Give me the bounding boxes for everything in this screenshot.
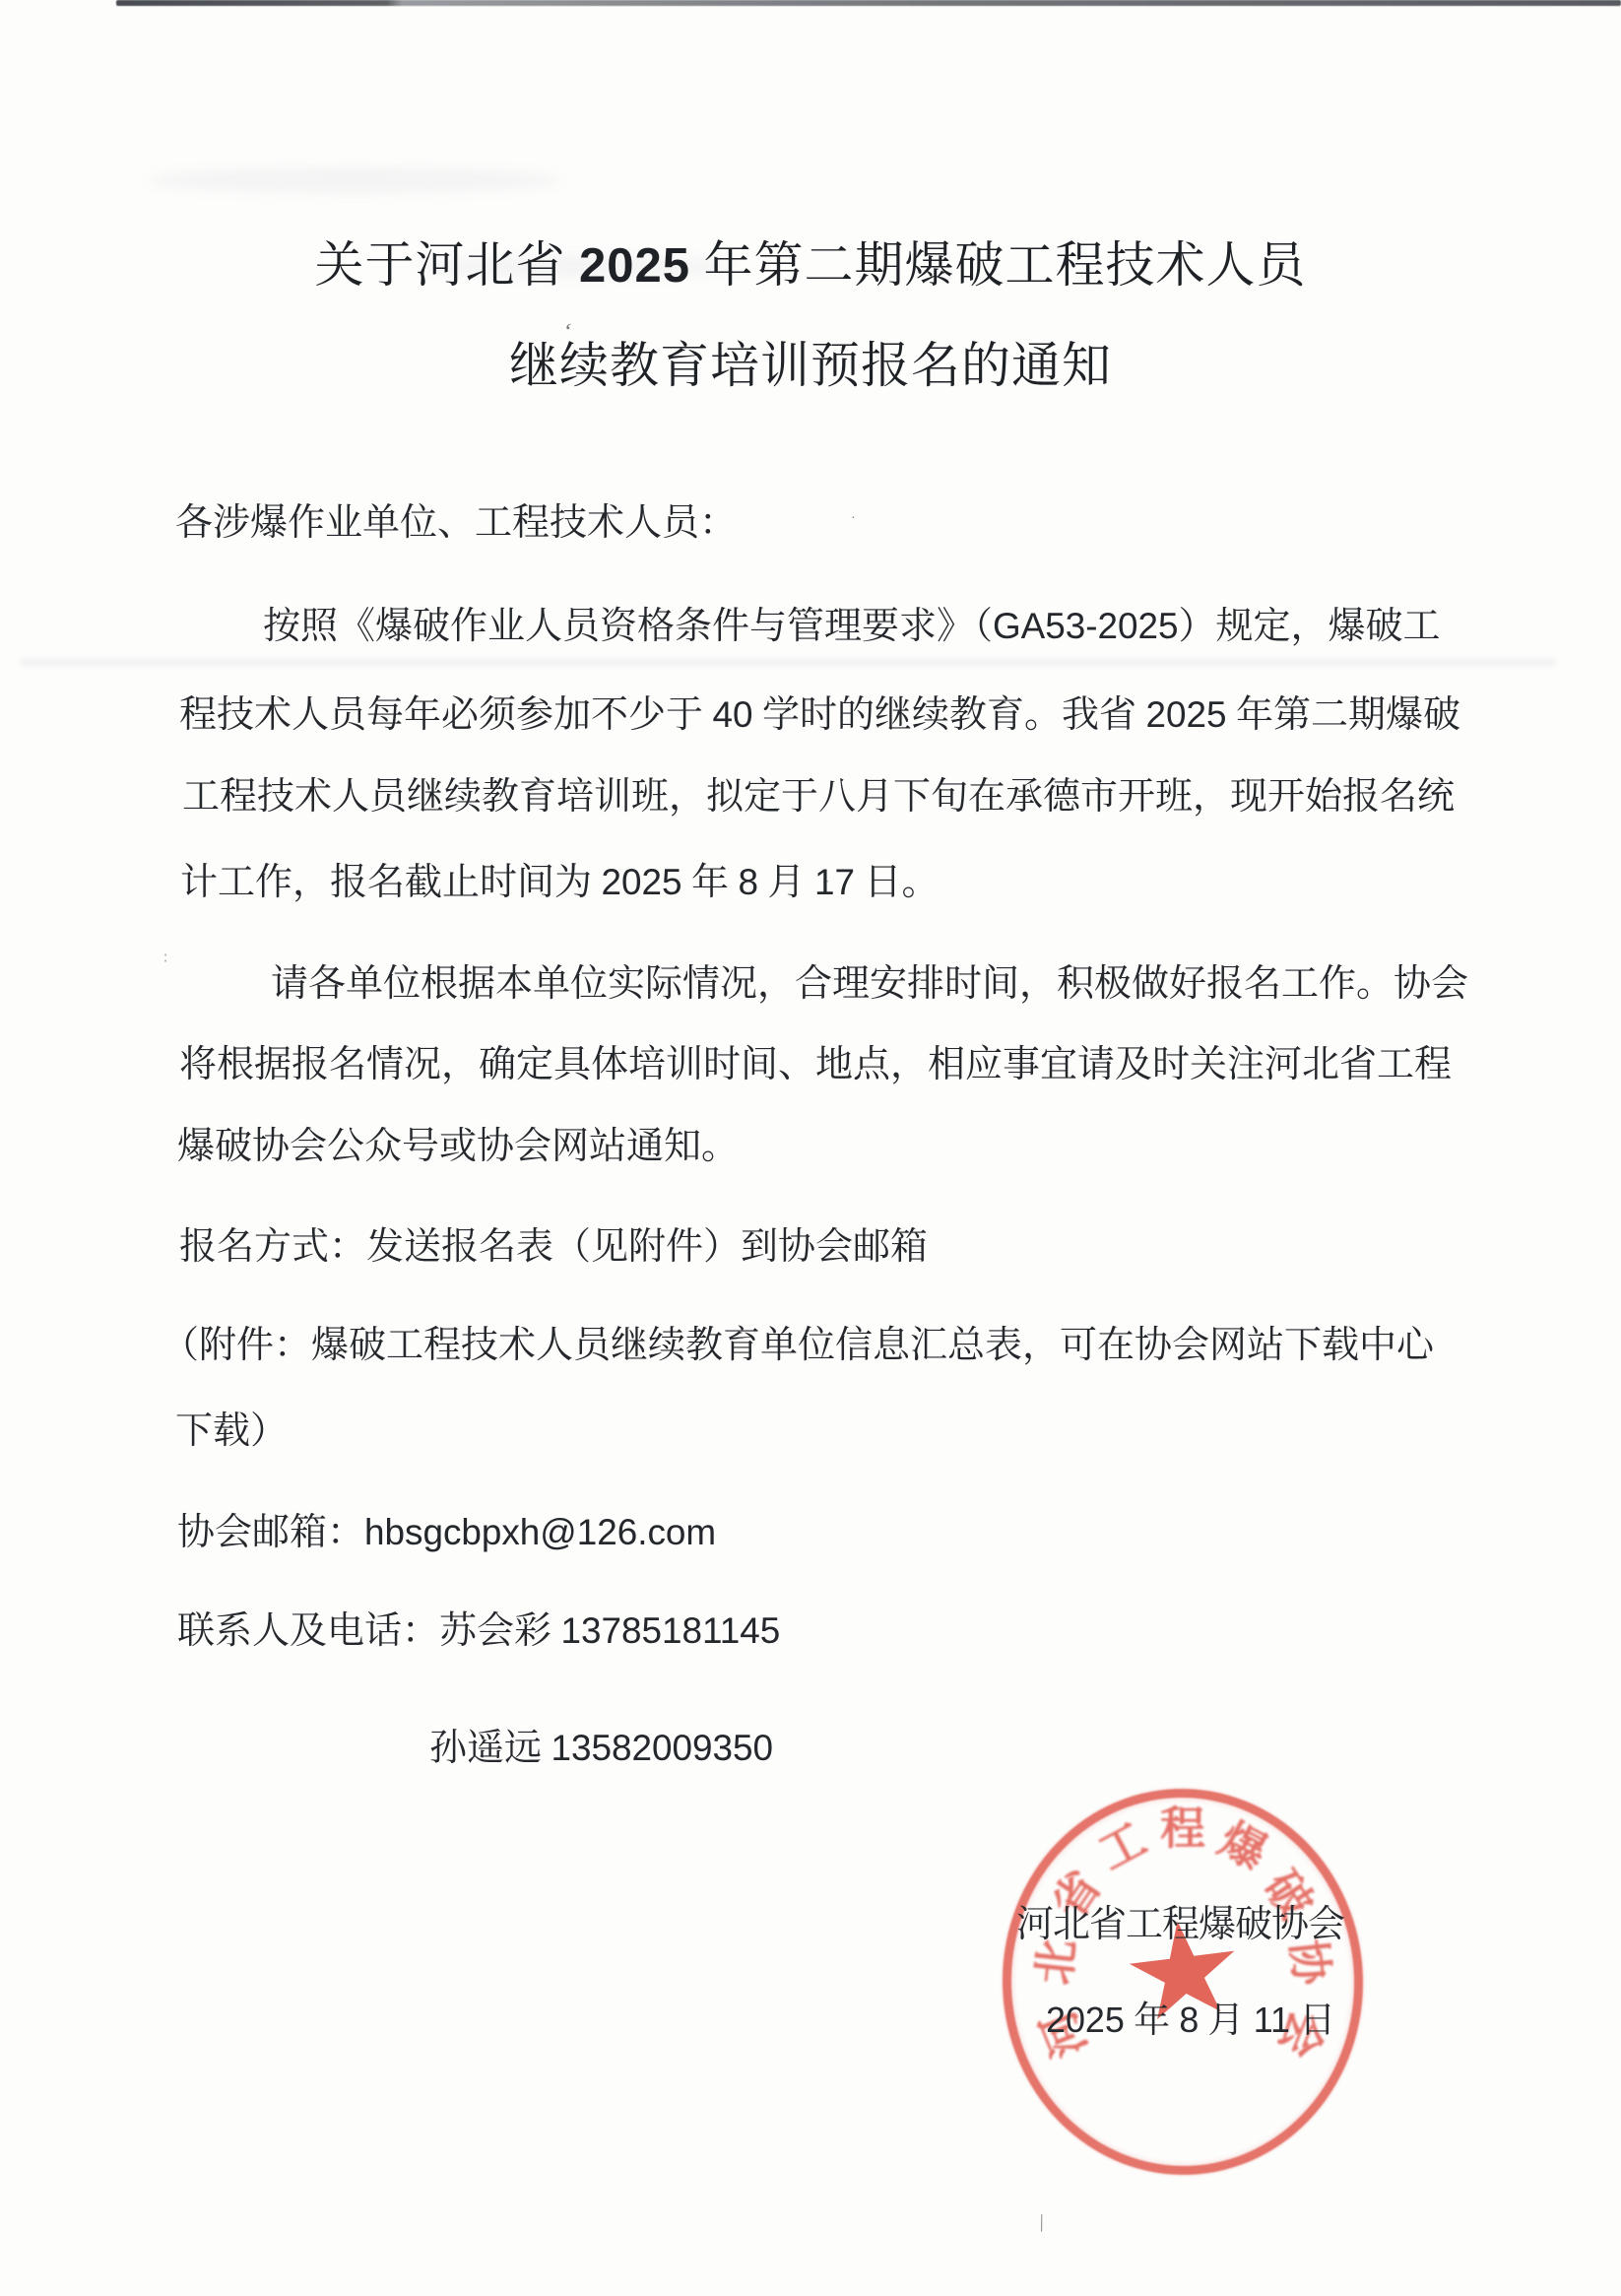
scan-speck: ⁄ <box>1034 2213 1050 2233</box>
document-title-line-2: 继续教育培训预报名的通知 <box>0 326 1621 397</box>
association-email-line: 协会邮箱：hbsgcbpxh@126.com <box>177 1512 716 1555</box>
contact-phone-line: 联系人及电话：苏会彩 13785181145 <box>177 1610 780 1654</box>
signature-organization: 河北省工程爆破协会 <box>1016 1893 1344 1947</box>
paragraph-line: 请各单位根据本单位实际情况，合理安排时间，积极做好报名工作。协会 <box>271 963 1468 1007</box>
official-seal: 河北省工程爆破协会 <box>1003 1789 1363 2175</box>
paragraph-line: 计工作，报名截止时间为 2025 年 8 月 17 日。 <box>180 862 940 905</box>
scan-streak-artifact <box>20 658 1556 667</box>
scanned-notice-document: ʻ · ∶ ⁄ · 关于河北省 2025 年第二期爆破工程技术人员 继续教育培训… <box>0 0 1621 2296</box>
scan-speck: · <box>851 512 856 526</box>
signature-date: 2025 年 8 月 11 日 <box>1046 1990 1335 2043</box>
attachment-note-line: 下载） <box>175 1410 288 1454</box>
seal-ring-text: 河北省工程爆破协会 <box>1003 1789 1363 2175</box>
salutation-line: 各涉爆作业单位、工程技术人员： <box>175 502 737 546</box>
scan-edge-artifact <box>116 0 1621 6</box>
paragraph-line: 程技术人员每年必须参加不少于 40 学时的继续教育。我省 2025 年第二期爆破 <box>179 694 1460 738</box>
attachment-note-line: （附件：爆破工程技术人员继续教育单位信息汇总表，可在协会网站下载中心 <box>162 1325 1434 1368</box>
paragraph-line: 将根据报名情况，确定具体培训时间、地点，相应事宜请及时关注河北省工程 <box>179 1044 1452 1087</box>
registration-method-line: 报名方式：发送报名表（见附件）到协会邮箱 <box>179 1226 928 1270</box>
paragraph-line: 爆破协会公众号或协会网站通知。 <box>177 1126 739 1169</box>
scan-speck: ∶ <box>163 951 167 967</box>
paragraph-line: 工程技术人员继续教育培训班，拟定于八月下旬在承德市开班，现开始报名统 <box>182 776 1455 820</box>
paragraph-line: 按照《爆破作业人员资格条件与管理要求》（GA53-2025）规定，爆破工 <box>263 606 1441 649</box>
contact-phone-line: 孙遥远 13582009350 <box>429 1728 773 1771</box>
document-title-line-1: 关于河北省 2025 年第二期爆破工程技术人员 <box>0 226 1621 296</box>
scan-smudge <box>148 167 561 193</box>
